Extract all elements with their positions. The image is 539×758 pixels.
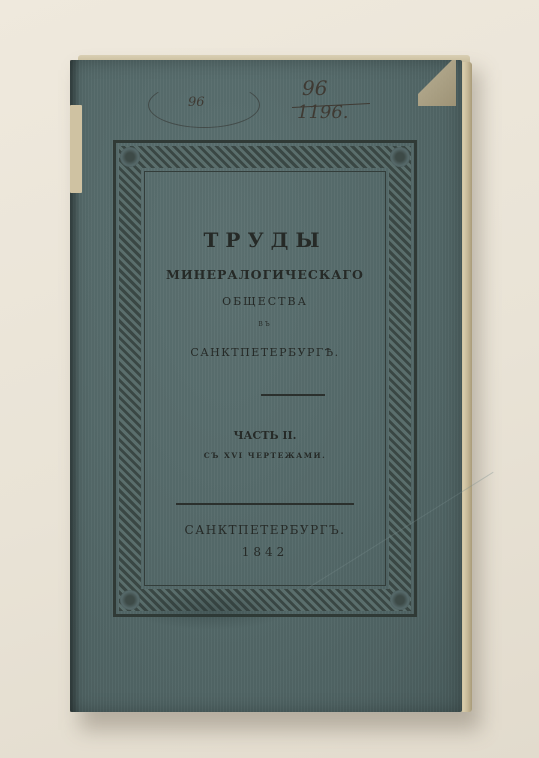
subtitle-line-4: САНКТПЕТЕРБУРГѢ. xyxy=(146,346,384,359)
handwritten-fraction-bottom: 1196. xyxy=(297,102,349,123)
subtitle-line-3: ВЪ xyxy=(146,321,384,328)
book-title: ТРУДЫ xyxy=(146,228,384,252)
imprint-year: 1842 xyxy=(146,545,384,559)
handwritten-fraction-top: 96 xyxy=(302,76,327,100)
ornamental-frame: ТРУДЫ МИНЕРАЛОГИЧЕСКАГО ОБЩЕСТВА ВЪ САНК… xyxy=(113,140,417,617)
title-page-text: ТРУДЫ МИНЕРАЛОГИЧЕСКАГО ОБЩЕСТВА ВЪ САНК… xyxy=(146,173,384,584)
volume-part: ЧАСТЬ II. xyxy=(146,429,384,442)
subtitle-line-1: МИНЕРАЛОГИЧЕСКАГО xyxy=(146,267,384,282)
subtitle-line-2: ОБЩЕСТВА xyxy=(146,295,384,308)
rosette-icon xyxy=(120,147,140,167)
spine-paper-tab xyxy=(70,105,82,193)
imprint-city: САНКТПЕТЕРБУРГЪ. xyxy=(146,523,384,537)
short-divider-rule xyxy=(261,394,325,396)
torn-corner xyxy=(418,60,456,106)
rosette-icon xyxy=(390,147,410,167)
plates-note: СЪ XVI ЧЕРТЕЖАМИ. xyxy=(146,451,384,460)
rosette-icon xyxy=(390,590,410,610)
handwritten-oval-number: 96 xyxy=(188,95,205,110)
cover-stain xyxy=(130,590,290,630)
book-cover: 96 96 1196. ТРУДЫ МИНЕРАЛОГИЧЕСКАГО ОБЩЕ… xyxy=(70,60,462,712)
long-divider-rule xyxy=(176,503,354,505)
